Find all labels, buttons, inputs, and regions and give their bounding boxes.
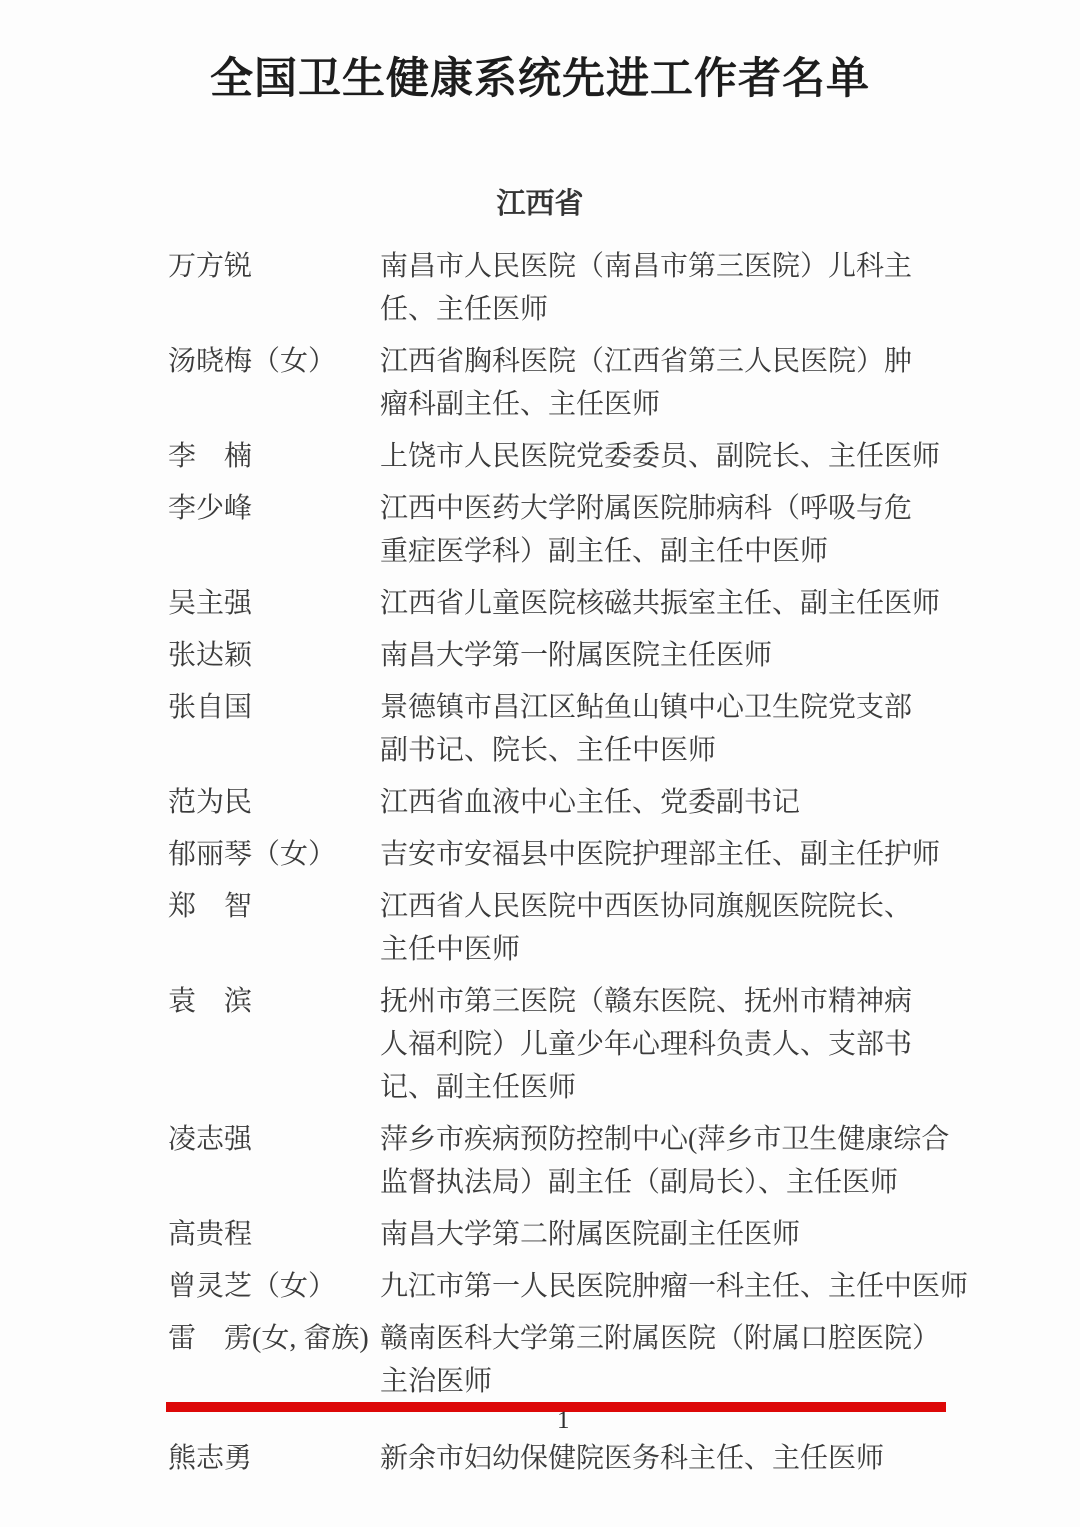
awardee-position: 江西省血液中心主任、党委副书记	[380, 781, 984, 824]
awardee-name: 郁丽琴（女）	[168, 833, 380, 876]
awardee-row: 高贵程南昌大学第二附属医院副主任医师	[168, 1213, 1080, 1256]
awardee-name: 张达颖	[168, 634, 380, 677]
awardee-name: 张自国	[168, 686, 380, 729]
province-heading: 江西省	[0, 190, 1080, 219]
awardee-row: 郑 智江西省人民医院中西医协同旗舰医院院长、 主任中医师	[168, 885, 1080, 971]
awardee-name: 李 楠	[168, 435, 380, 478]
awardee-position: 抚州市第三医院（赣东医院、抚州市精神病 人福利院）儿童少年心理科负责人、支部书 …	[380, 980, 984, 1109]
awardee-position: 新余市妇幼保健院医务科主任、主任医师	[380, 1437, 984, 1480]
awardee-row: 张自国景德镇市昌江区鲇鱼山镇中心卫生院党支部 副书记、院长、主任中医师	[168, 686, 1080, 772]
awardee-position: 江西省儿童医院核磁共振室主任、副主任医师	[380, 582, 984, 625]
awardee-position: 萍乡市疾病预防控制中心(萍乡市卫生健康综合 监督执法局）副主任（副局长）、主任医…	[380, 1118, 984, 1204]
awardee-row: 万方锐南昌市人民医院（南昌市第三医院）儿科主 任、主任医师	[168, 245, 1080, 331]
awardee-row: 范为民江西省血液中心主任、党委副书记	[168, 781, 1080, 824]
document-title: 全国卫生健康系统先进工作者名单	[0, 0, 1080, 106]
awardee-row: 凌志强萍乡市疾病预防控制中心(萍乡市卫生健康综合 监督执法局）副主任（副局长）、…	[168, 1118, 1080, 1204]
awardee-name: 袁 滨	[168, 980, 380, 1023]
awardee-position: 南昌大学第二附属医院副主任医师	[380, 1213, 984, 1256]
awardee-position: 上饶市人民医院党委委员、副院长、主任医师	[380, 435, 984, 478]
awardee-name: 吴主强	[168, 582, 380, 625]
awardee-name: 高贵程	[168, 1213, 380, 1256]
awardee-row: 张达颖南昌大学第一附属医院主任医师	[168, 634, 1080, 677]
awardee-name: 汤晓梅（女）	[168, 340, 380, 383]
red-underline-annotation	[166, 1402, 946, 1412]
awardee-name: 曾灵芝（女）	[168, 1265, 380, 1308]
awardee-position: 九江市第一人民医院肿瘤一科主任、主任中医师	[380, 1265, 984, 1308]
awardee-name: 万方锐	[168, 245, 380, 288]
awardee-position: 江西省胸科医院（江西省第三人民医院）肿 瘤科副主任、主任医师	[380, 340, 984, 426]
awardee-name: 熊志勇	[168, 1437, 380, 1480]
awardee-row: 雷 雳(女, 畲族)赣南医科大学第三附属医院（附属口腔医院） 主治医师	[168, 1317, 1080, 1403]
awardee-row: 袁 滨抚州市第三医院（赣东医院、抚州市精神病 人福利院）儿童少年心理科负责人、支…	[168, 980, 1080, 1109]
awardee-position: 南昌市人民医院（南昌市第三医院）儿科主 任、主任医师	[380, 245, 984, 331]
awardee-row: 李 楠上饶市人民医院党委委员、副院长、主任医师	[168, 435, 1080, 478]
awardee-name: 李少峰	[168, 487, 380, 530]
awardee-row: 汤晓梅（女）江西省胸科医院（江西省第三人民医院）肿 瘤科副主任、主任医师	[168, 340, 1080, 426]
awardee-position: 江西中医药大学附属医院肺病科（呼吸与危 重症医学科）副主任、副主任中医师	[380, 487, 984, 573]
awardee-position: 吉安市安福县中医院护理部主任、副主任护师	[380, 833, 984, 876]
page-number: 1	[557, 1406, 570, 1436]
awardee-position: 南昌大学第一附属医院主任医师	[380, 634, 984, 677]
awardee-name: 雷 雳(女, 畲族)	[168, 1317, 380, 1360]
awardee-row: 李少峰江西中医药大学附属医院肺病科（呼吸与危 重症医学科）副主任、副主任中医师	[168, 487, 1080, 573]
awardee-row: 吴主强江西省儿童医院核磁共振室主任、副主任医师	[168, 582, 1080, 625]
awardee-position: 江西省人民医院中西医协同旗舰医院院长、 主任中医师	[380, 885, 984, 971]
awardee-row: 曾灵芝（女）九江市第一人民医院肿瘤一科主任、主任中医师	[168, 1265, 1080, 1308]
awardee-name: 范为民	[168, 781, 380, 824]
awardee-name: 凌志强	[168, 1118, 380, 1161]
document-page: 全国卫生健康系统先进工作者名单 江西省 万方锐南昌市人民医院（南昌市第三医院）儿…	[0, 0, 1080, 1527]
awardee-list: 万方锐南昌市人民医院（南昌市第三医院）儿科主 任、主任医师汤晓梅（女）江西省胸科…	[0, 245, 1080, 1480]
awardee-position: 赣南医科大学第三附属医院（附属口腔医院） 主治医师	[380, 1317, 984, 1403]
awardee-name: 郑 智	[168, 885, 380, 928]
awardee-position: 景德镇市昌江区鲇鱼山镇中心卫生院党支部 副书记、院长、主任中医师	[380, 686, 984, 772]
awardee-row: 郁丽琴（女）吉安市安福县中医院护理部主任、副主任护师	[168, 833, 1080, 876]
awardee-row: 熊志勇新余市妇幼保健院医务科主任、主任医师	[168, 1437, 1080, 1480]
